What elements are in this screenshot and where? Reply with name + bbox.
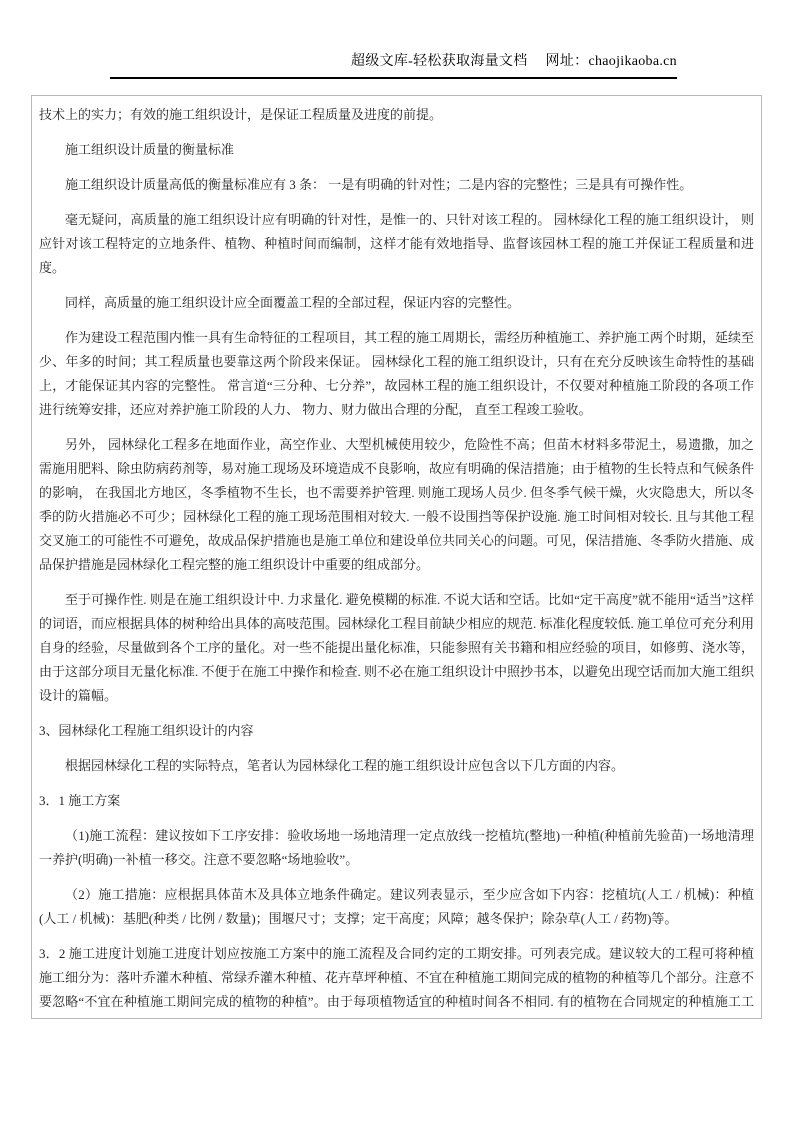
paragraph-continuation: 技术上的实力；有效的施工组织设计，是保证工程质量及进度的前提。 [39, 103, 754, 127]
document-page: 技术上的实力；有效的施工组织设计，是保证工程质量及进度的前提。 施工组织设计质量… [31, 95, 762, 1019]
site-brand: 超级文库-轻松获取海量文档 [351, 54, 528, 69]
paragraph-life-characteristics: 作为建设工程范围内惟一具有生命特征的工程项目，其工程的施工周期长，需经历种植施工… [39, 326, 754, 422]
paragraph-construction-measures: （2）施工措施：应根据具体苗木及具体立地条件确定。建议列表显示，至少应含如下内容… [39, 883, 754, 931]
site-url-label: 网址： [546, 54, 589, 69]
section-3-2-schedule: 3．2 施工进度计划施工进度计划应按施工方案中的施工流程及合同约定的工期安排。可… [39, 942, 754, 1019]
paragraph-standards-heading: 施工组织设计质量的衡量标准 [39, 138, 754, 162]
section-3-1-heading: 3．1 施工方案 [39, 789, 754, 813]
paragraph-contents-intro: 根据园林绿化工程的实际特点，笔者认为园林绿化工程的施工组织设计应包含以下几方面的… [39, 754, 754, 778]
paragraph-completeness-intro: 同样，高质量的施工组织设计应全面覆盖工程的全部过程，保证内容的完整性。 [39, 291, 754, 315]
site-url: chaojikaoba.cn [588, 54, 677, 69]
paragraph-construction-process: （1)施工流程：建议按如下工序安排：验收场地一场地清理一定点放线一挖植坑(整地)… [39, 824, 754, 872]
paragraph-operability: 至于可操作性. 则是在施工组织设计中. 力求量化. 避免模糊的标准. 不说大话和… [39, 588, 754, 708]
section-3-heading: 3、园林绿化工程施工组织设计的内容 [39, 719, 754, 743]
paragraph-site-measures: 另外， 园林绿化工程多在地面作业，高空作业、大型机械使用较少，危险性不高；但苗木… [39, 433, 754, 577]
paragraph-three-criteria: 施工组织设计质量高低的衡量标准应有 3 条： 一是有明确的针对性；二是内容的完整… [39, 173, 754, 197]
paragraph-pertinence: 毫无疑问，高质量的施工组织设计应有明确的针对性，是惟一的、只针对该工程的。 园林… [39, 208, 754, 280]
site-header: 超级文库-轻松获取海量文档网址：chaojikaoba.cn [110, 50, 677, 79]
